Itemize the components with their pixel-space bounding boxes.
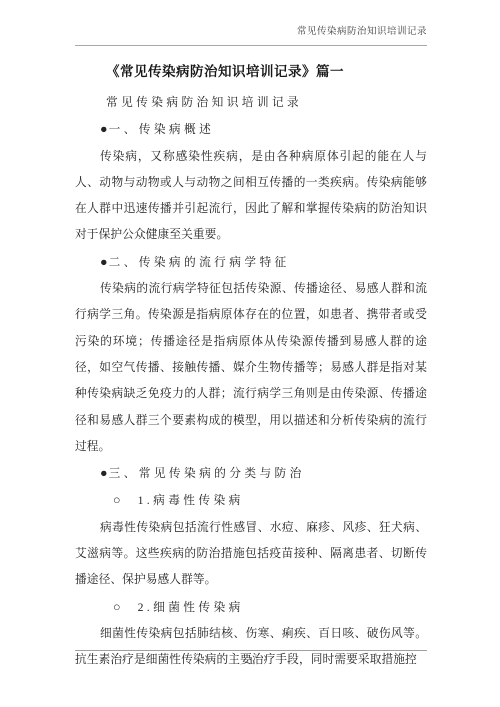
section-heading-text: 二、传染病的流行病学特征 [109,256,290,269]
section-heading-1: ●一、传染病概述 [75,116,427,143]
subsection-heading-text: 2.细菌性传染病 [138,601,244,614]
section-heading-3: ●三、常见传染病的分类与防治 [75,460,427,487]
page-title: 《常见传染病防治知识培训记录》篇一 [106,61,427,82]
page-header: 常见传染病防治知识培训记录 [75,0,427,38]
header-text: 常见传染病防治知识培训记录 [297,27,427,37]
document-body: 常见传染病防治知识培训记录 ●一、传染病概述 传染病，又称感染性疾病，是由各种病… [75,90,427,674]
section-heading-2: ●二、传染病的流行病学特征 [75,249,427,276]
subsection-heading-viral: ○1.病毒性传染病 [75,487,427,514]
filled-circle-bullet-icon: ● [100,255,108,269]
paragraph-text: 传染病的流行病学特征包括传染源、传播途径、易感人群和流行病学三角。传染源是指病原… [75,282,427,453]
filled-circle-bullet-icon: ● [100,466,108,480]
header-rule [75,45,427,46]
paragraph-text: 常见传染病防治知识培训记录 [106,96,302,109]
section-heading-text: 一、传染病概述 [109,123,215,136]
subsection-heading-bacterial: ○2.细菌性传染病 [75,594,427,621]
filled-circle-bullet-icon: ● [100,122,108,136]
subsection-heading-text: 1.病毒性传染病 [138,494,244,507]
section-heading-text: 三、常见传染病的分类与防治 [109,467,305,480]
document-page: 常见传染病防治知识培训记录 《常见传染病防治知识培训记录》篇一 常见传染病防治知… [0,0,500,707]
paragraph-intro: 常见传染病防治知识培训记录 [75,90,427,116]
page-number: 1 [248,655,253,668]
paragraph-text: 传染病，又称感染性疾病，是由各种病原体引起的能在人与人、动物与动物或人与动物之间… [75,150,427,242]
paragraph-text: 病毒性传染病包括流行性感冒、水痘、麻疹、风疹、狂犬病、艾滋病等。这些疾病的防治措… [75,521,427,587]
paragraph-epidemiology: 传染病的流行病学特征包括传染源、传播途径、易感人群和流行病学三角。传染源是指病原… [75,276,427,460]
hollow-circle-bullet-icon: ○ [113,600,121,614]
paragraph-viral: 病毒性传染病包括流行性感冒、水痘、麻疹、风疹、狂犬病、艾滋病等。这些疾病的防治措… [75,515,427,594]
page-footer: 1 [75,650,427,669]
paragraph-overview: 传染病，又称感染性疾病，是由各种病原体引起的能在人与人、动物与动物或人与动物之间… [75,144,427,249]
hollow-circle-bullet-icon: ○ [113,493,121,507]
